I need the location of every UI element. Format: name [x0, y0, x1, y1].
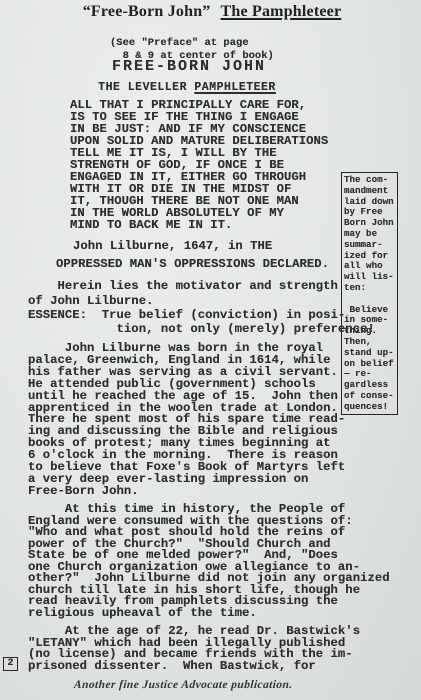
main-title: FREE-BORN JOHN [0, 58, 378, 75]
essence-statement: ESSENCE: True belief (conviction) in pos… [28, 309, 375, 336]
paragraph-bastwick: At the age of 22, he read Dr. Bastwick's… [28, 626, 360, 672]
title-underlined-part: The Pamphleteer [221, 3, 342, 20]
herein-paragraph: Herein lies the motivator and strengthof… [28, 279, 338, 309]
page-number: 2 [7, 658, 13, 669]
page-number-box: 2 [3, 657, 18, 671]
subtitle-prefix: THE LEVELLER [98, 81, 194, 94]
subtitle: THE LEVELLER PAMPHLETEER [0, 81, 374, 94]
opening-quote: ALL THAT I PRINCIPALLY CARE FOR,IS TO SE… [70, 99, 328, 231]
title-quoted-part: “Free-Born John” [83, 3, 211, 20]
subtitle-underlined: PAMPHLETEER [194, 81, 275, 94]
scanned-pamphlet-page: “Free-Born John”The Pamphleteer (See "Pr… [0, 0, 421, 700]
quote-attribution-line2: OPPRESSED MAN'S OPPRESSIONS DECLARED. [56, 257, 329, 271]
quote-attribution-line1: John Lilburne, 1647, in THE [73, 239, 272, 253]
paragraph-biography: John Lilburne was born in the royalpalac… [28, 343, 345, 498]
publisher-footer: Another fine Justice Advocate publicatio… [74, 679, 293, 691]
paragraph-history: At this time in history, the People ofEn… [28, 504, 390, 619]
page-title: “Free-Born John”The Pamphleteer [12, 3, 412, 21]
commandment-sidebar-box: The com-mandmentlaid downby FreeBorn Joh… [341, 172, 398, 415]
